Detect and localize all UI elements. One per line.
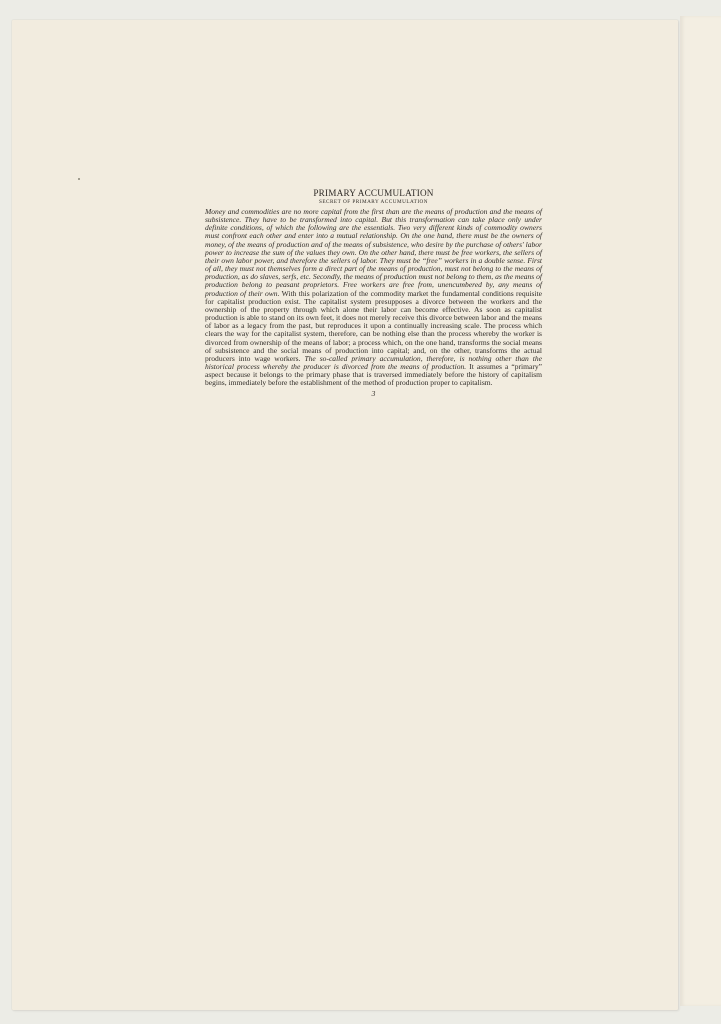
right-page-edge: [680, 16, 721, 1006]
page-number: 3: [205, 389, 542, 398]
page-subtitle: SECRET OF PRIMARY ACCUMULATION: [205, 199, 542, 206]
page-title: PRIMARY ACCUMULATION: [205, 188, 542, 199]
body-paragraph: Money and commodities are no more capita…: [205, 208, 542, 387]
paper-speck: [78, 178, 80, 180]
text-block: PRIMARY ACCUMULATION SECRET OF PRIMARY A…: [205, 188, 542, 398]
body-segment-italic-1: Money and commodities are no more capita…: [205, 207, 542, 298]
left-page: PRIMARY ACCUMULATION SECRET OF PRIMARY A…: [12, 20, 678, 1010]
body-segment-roman-1: With this polarization of the commodity …: [205, 289, 542, 363]
